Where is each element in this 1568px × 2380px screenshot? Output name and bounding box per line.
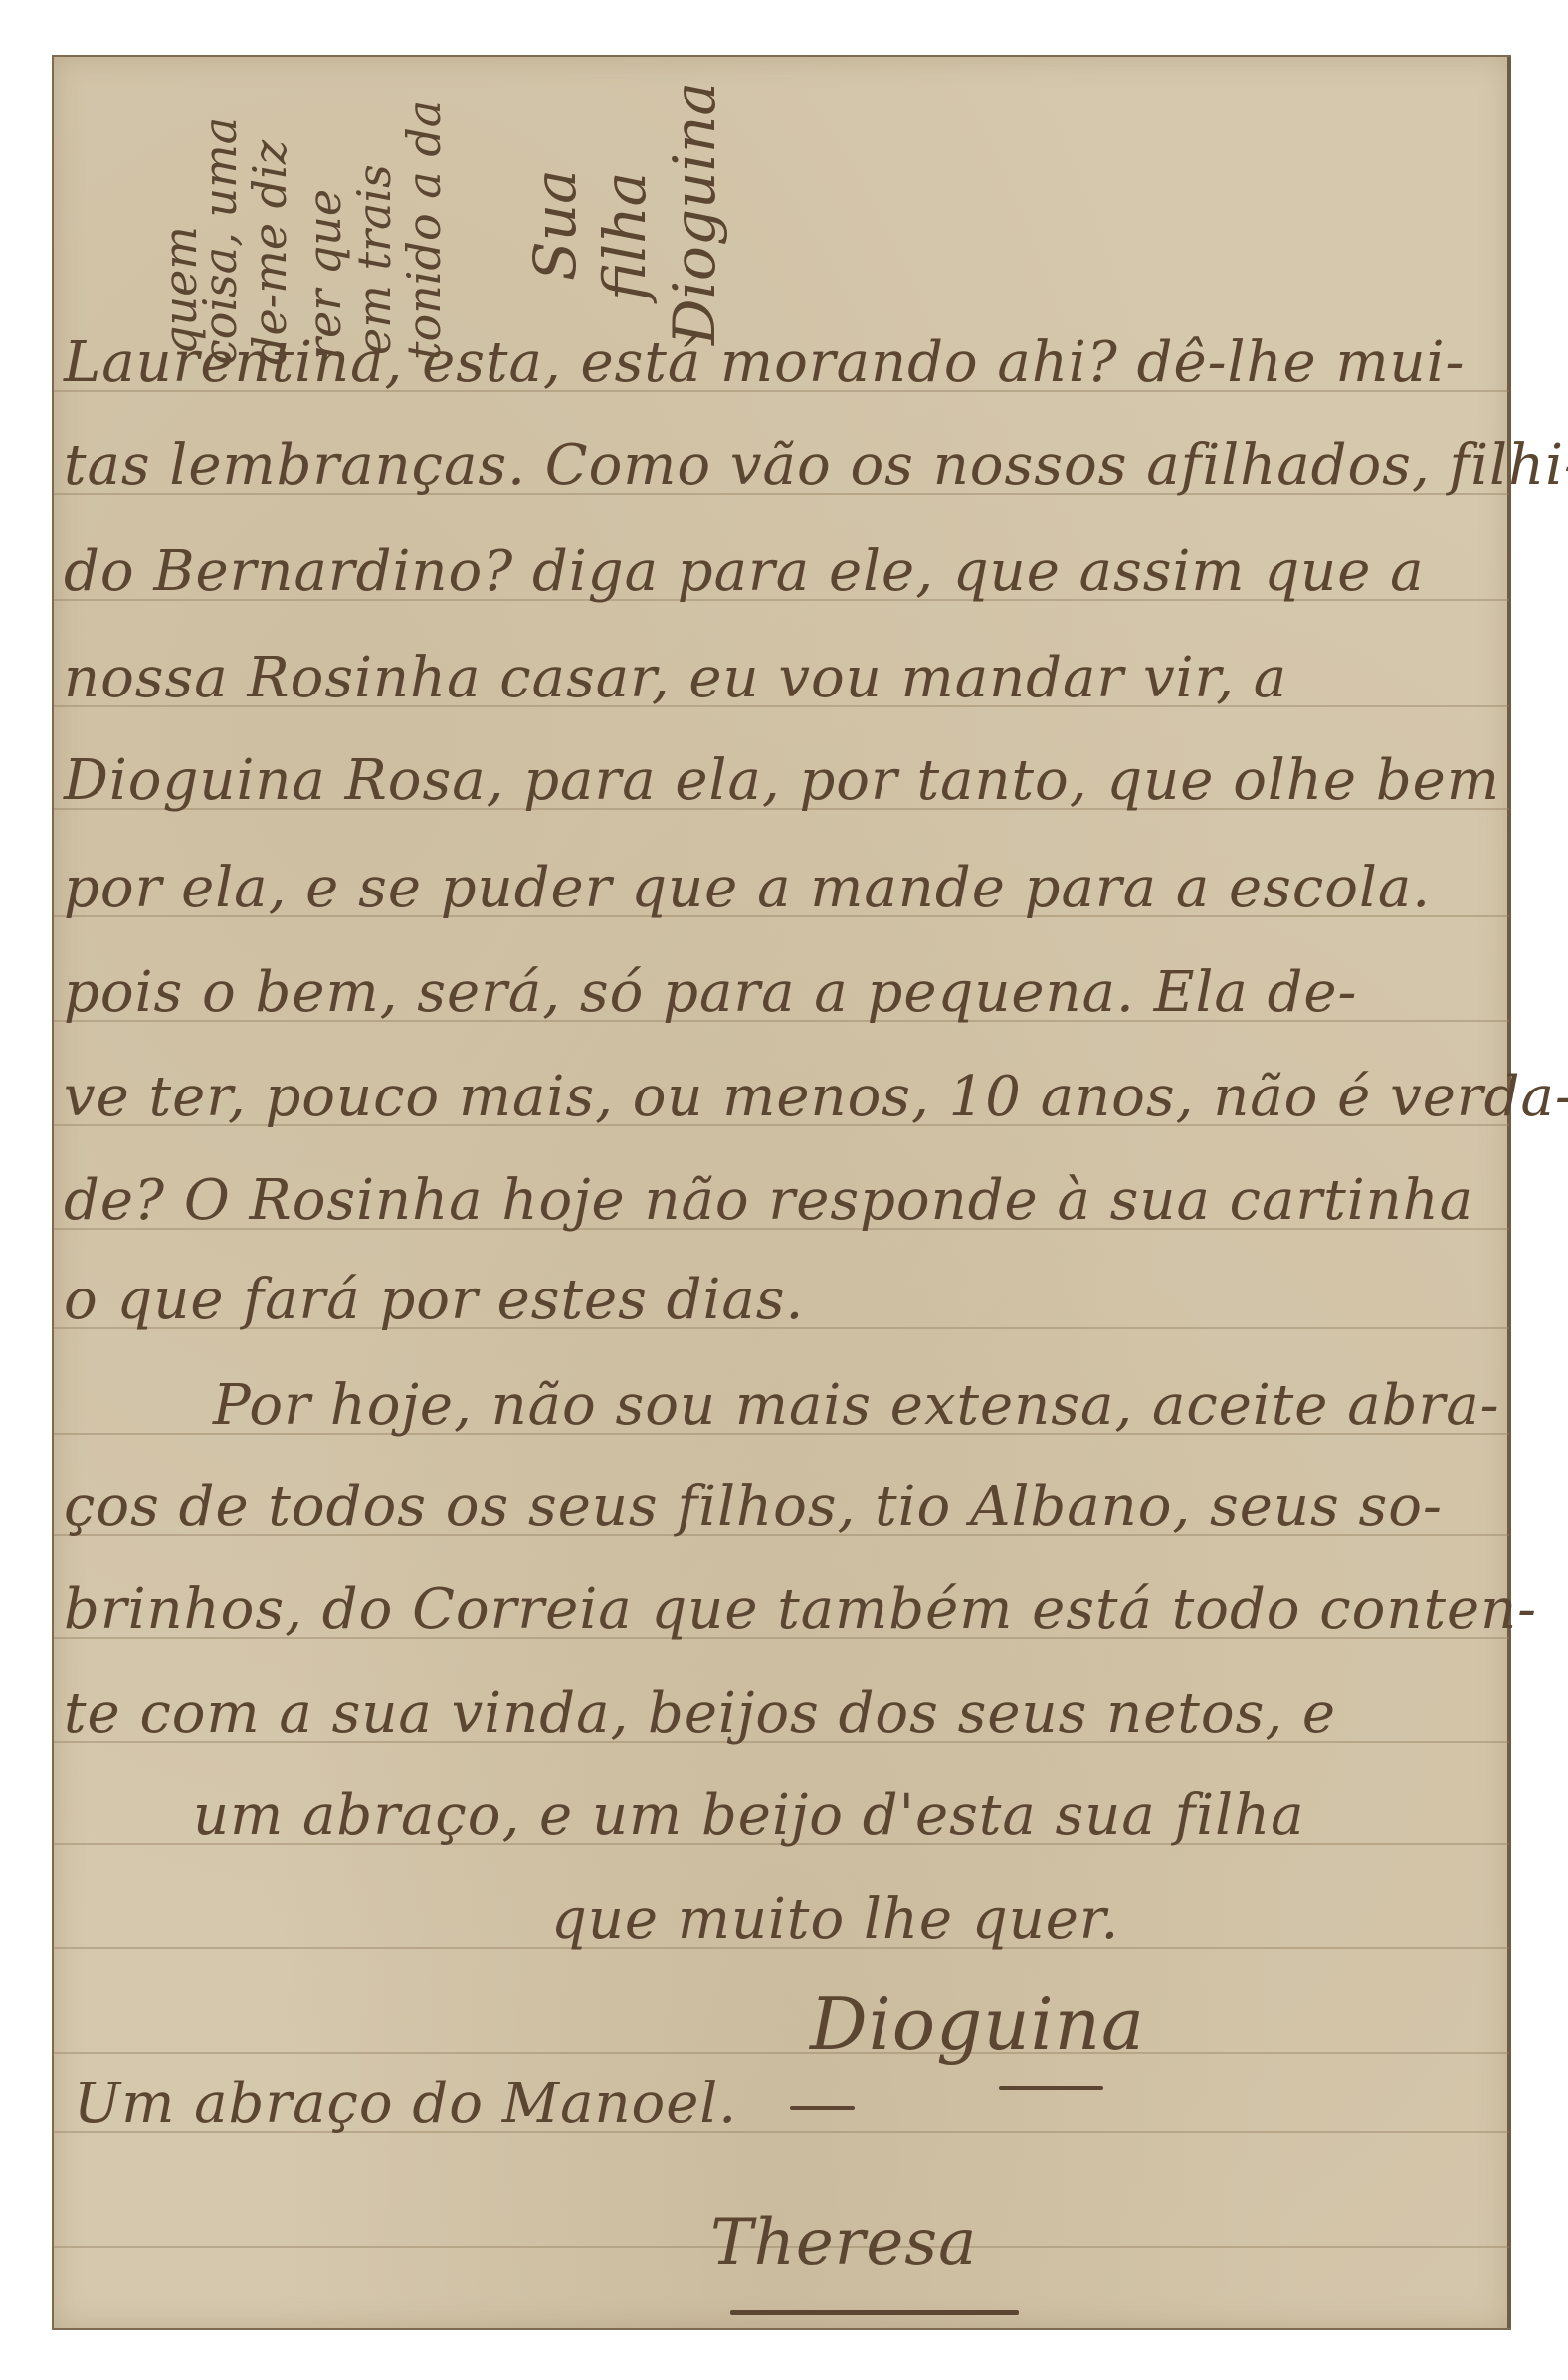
letter-line: brinhos, do Correia que também está todo… — [64, 1577, 1537, 1642]
letter-line: ve ter, pouco mais, ou menos, 10 anos, n… — [64, 1065, 1568, 1129]
second-signature-underline — [730, 2310, 1019, 2315]
letter-line: de? O Rosinha hoje não responde à sua ca… — [64, 1168, 1473, 1233]
letter-line: nossa Rosinha casar, eu vou mandar vir, … — [64, 646, 1287, 710]
letter-line: Por hoje, não sou mais extensa, aceite a… — [213, 1373, 1500, 1438]
margin-note-line: em trais — [347, 164, 401, 355]
letter-line: pois o bem, será, só para a pequena. Ela… — [64, 960, 1357, 1025]
letter-paper: quem coisa, uma de-me diz rer que em tra… — [52, 55, 1511, 2330]
letter-line: um abraço, e um beijo d'esta sua filha — [193, 1783, 1305, 1848]
letter-line: ços de todos os seus filhos, tio Albano,… — [64, 1475, 1443, 1539]
letter-line: Laurentina, esta, está morando ahi? dê-l… — [64, 330, 1465, 395]
letter-line: tas lembranças. Como vão os nossos afilh… — [64, 433, 1568, 497]
letter-line: por ela, e se puder que a mande para a e… — [64, 856, 1431, 920]
letter-line: te com a sua vinda, beijos dos seus neto… — [64, 1682, 1336, 1746]
margin-note-line: coisa, uma — [193, 117, 247, 365]
margin-signoff-line: Sua — [521, 169, 589, 281]
margin-signoff-line: filha — [591, 172, 659, 300]
letter-line: Dioguina Rosa, para ela, por tanto, que … — [64, 748, 1500, 813]
signature-underline — [999, 2086, 1103, 2090]
paper-edge — [1507, 57, 1511, 2328]
second-signature: Theresa — [710, 2206, 977, 2280]
margin-note-line: tonido a da — [397, 100, 451, 360]
letter-line: o que fará por estes dias. — [64, 1268, 804, 1332]
signature-dash — [790, 2106, 855, 2110]
signature: Dioguina — [810, 1982, 1145, 2066]
postscript: Um abraço do Manoel. — [74, 2072, 737, 2136]
letter-line: do Bernardino? diga para ele, que assim … — [64, 539, 1425, 604]
letter-line: que muito lhe quer. — [551, 1887, 1119, 1952]
margin-signoff-signature: Dioguina — [661, 82, 728, 345]
ruled-line — [54, 2052, 1509, 2054]
